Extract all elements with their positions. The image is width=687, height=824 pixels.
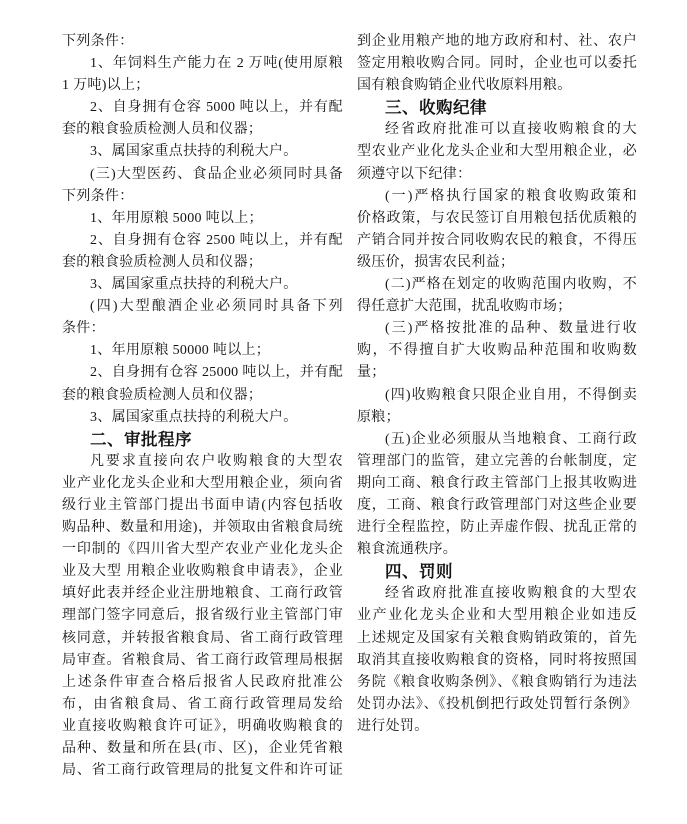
text-line: 下列条件： [62, 31, 343, 53]
text-line: (四)收购粮食只限企业自用，不得倒卖 [357, 385, 637, 407]
text-line: 品种、数量和所在县(市、区)，企业凭省粮食 [62, 738, 343, 760]
text-line: 下列条件： [62, 186, 343, 208]
text-column-left: 下列条件：1、年饲料生产能力在 2 万吨(使用原粮1 万吨)以上；2、自身拥有仓… [62, 31, 343, 782]
text-column-right: 到企业用粮产地的地方政府和村、社、农户签定用粮收购合同。同时，企业也可以委托国有… [357, 31, 637, 738]
section-heading: 三、收购纪律 [357, 97, 637, 119]
text-line: 3、属国家重点扶持的利税大户。 [62, 141, 343, 163]
text-line: 签定用粮收购合同。同时，企业也可以委托 [357, 53, 637, 75]
text-line: (一)严格执行国家的粮食收购政策和 [357, 186, 637, 208]
text-line: 到企业用粮产地的地方政府和村、社、农户 [357, 31, 637, 53]
text-line: 型农业产业化龙头企业和大型用粮企业，必 [357, 141, 637, 163]
text-line: 价格政策，与农民签订自用粮包括优质粮的 [357, 208, 637, 230]
text-line: (二)严格在划定的收购范围内收购，不 [357, 274, 637, 296]
text-line: 套的粮食验质检测人员和仪器； [62, 385, 343, 407]
text-line: 业产业化龙头企业和大型用粮企业，须向省 [62, 473, 343, 495]
text-line: 套的粮食验质检测人员和仪器； [62, 119, 343, 141]
text-line: 度，工商、粮食行政管理部门对这些企业要 [357, 495, 637, 517]
text-line: 经省政府批准直接收购粮食的大型农 [357, 583, 637, 605]
text-line: 1、年饲料生产能力在 2 万吨(使用原粮 [62, 53, 343, 75]
text-line: 填好此表并经企业注册地粮食、工商行政管 [62, 583, 343, 605]
text-line: 进行全程监控，防止弄虚作假、扰乱正常的 [357, 517, 637, 539]
text-line: 1、年用原粮 50000 吨以上； [62, 340, 343, 362]
text-line: (三)严格按批准的品种、数量进行收 [357, 318, 637, 340]
text-line: 量； [357, 362, 637, 384]
text-line: 条件： [62, 318, 343, 340]
text-line: 级行业主管部门提出书面申请(内容包括收 [62, 495, 343, 517]
text-line: 布，由省粮食局、省工商行政管理局发给《企 [62, 694, 343, 716]
text-line: 务院《粮食收购条例》、《粮食购销行为违法 [357, 672, 637, 694]
text-line: 须遵守以下纪律： [357, 164, 637, 186]
text-line: 凡要求直接向农户收购粮食的大型农 [62, 451, 343, 473]
text-line: 套的粮食验质检测人员和仪器； [62, 252, 343, 274]
text-line: 业及大型 用粮企业收购粮食申请表》，企业 [62, 561, 343, 583]
text-line: 3、属国家重点扶持的利税大户。 [62, 274, 343, 296]
text-line: 2、自身拥有仓容 2500 吨以上，并有配 [62, 230, 343, 252]
text-line: 处罚办法》、《投机倒把行政处罚暂行条例》 [357, 694, 637, 716]
text-line: 理部门签字同意后，报省级行业主管部门审 [62, 605, 343, 627]
text-line: 取消其直接收购粮食的资格，同时将按照国 [357, 650, 637, 672]
text-line: (四)大型酿酒企业必须同时具备下列 [62, 296, 343, 318]
text-line: 得任意扩大范围，扰乱收购市场； [357, 296, 637, 318]
text-line: 1 万吨)以上； [62, 75, 343, 97]
text-line: 上述规定及国家有关粮食购销政策的，首先 [357, 628, 637, 650]
text-line: (五)企业必须服从当地粮食、工商行政 [357, 429, 637, 451]
text-line: 粮食流通秩序。 [357, 539, 637, 561]
text-line: 国有粮食购销企业代收原料用粮。 [357, 75, 637, 97]
document-page: 下列条件：1、年饲料生产能力在 2 万吨(使用原粮1 万吨)以上；2、自身拥有仓… [0, 0, 687, 824]
text-line: 进行处罚。 [357, 716, 637, 738]
section-heading: 二、审批程序 [62, 429, 343, 451]
text-line: 业产业化龙头企业和大型用粮企业如违反 [357, 605, 637, 627]
text-line: (三)大型医药、食品企业必须同时具备 [62, 164, 343, 186]
text-line: 2、自身拥有仓容 25000 吨以上，并有配 [62, 362, 343, 384]
text-line: 级压价，损害农民利益； [357, 252, 637, 274]
text-line: 上述条件审查合格后报省人民政府批准公 [62, 672, 343, 694]
text-line: 2、自身拥有仓容 5000 吨以上，并有配 [62, 97, 343, 119]
text-line: 管理部门的监管，建立完善的台帐制度，定 [357, 451, 637, 473]
text-line: 期向工商、粮食行政主管部门上报其收购进 [357, 473, 637, 495]
text-line: 1、年用原粮 5000 吨以上； [62, 208, 343, 230]
text-line: 业直接收购粮食许可证》，明确收购粮食的 [62, 716, 343, 738]
text-line: 购，不得擅自扩大收购品种范围和收购数 [357, 340, 637, 362]
section-heading: 四、罚则 [357, 561, 637, 583]
text-line: 3、属国家重点扶持的利税大户。 [62, 407, 343, 429]
text-line: 产销合同并按合同收购农民的粮食，不得压 [357, 230, 637, 252]
text-line: 核同意，并转报省粮食局、省工商行政管理 [62, 628, 343, 650]
text-line: 局审查。省粮食局、省工商行政管理局根据 [62, 650, 343, 672]
text-line: 购品种、数量和用途)，并领取由省粮食局统 [62, 517, 343, 539]
text-line: 局、省工商行政管理局的批复文件和许可证 [62, 760, 343, 782]
text-line: 经省政府批准可以直接收购粮食的大 [357, 119, 637, 141]
text-line: 一印制的《四川省大型产农业产业化龙头企 [62, 539, 343, 561]
text-line: 原粮； [357, 407, 637, 429]
